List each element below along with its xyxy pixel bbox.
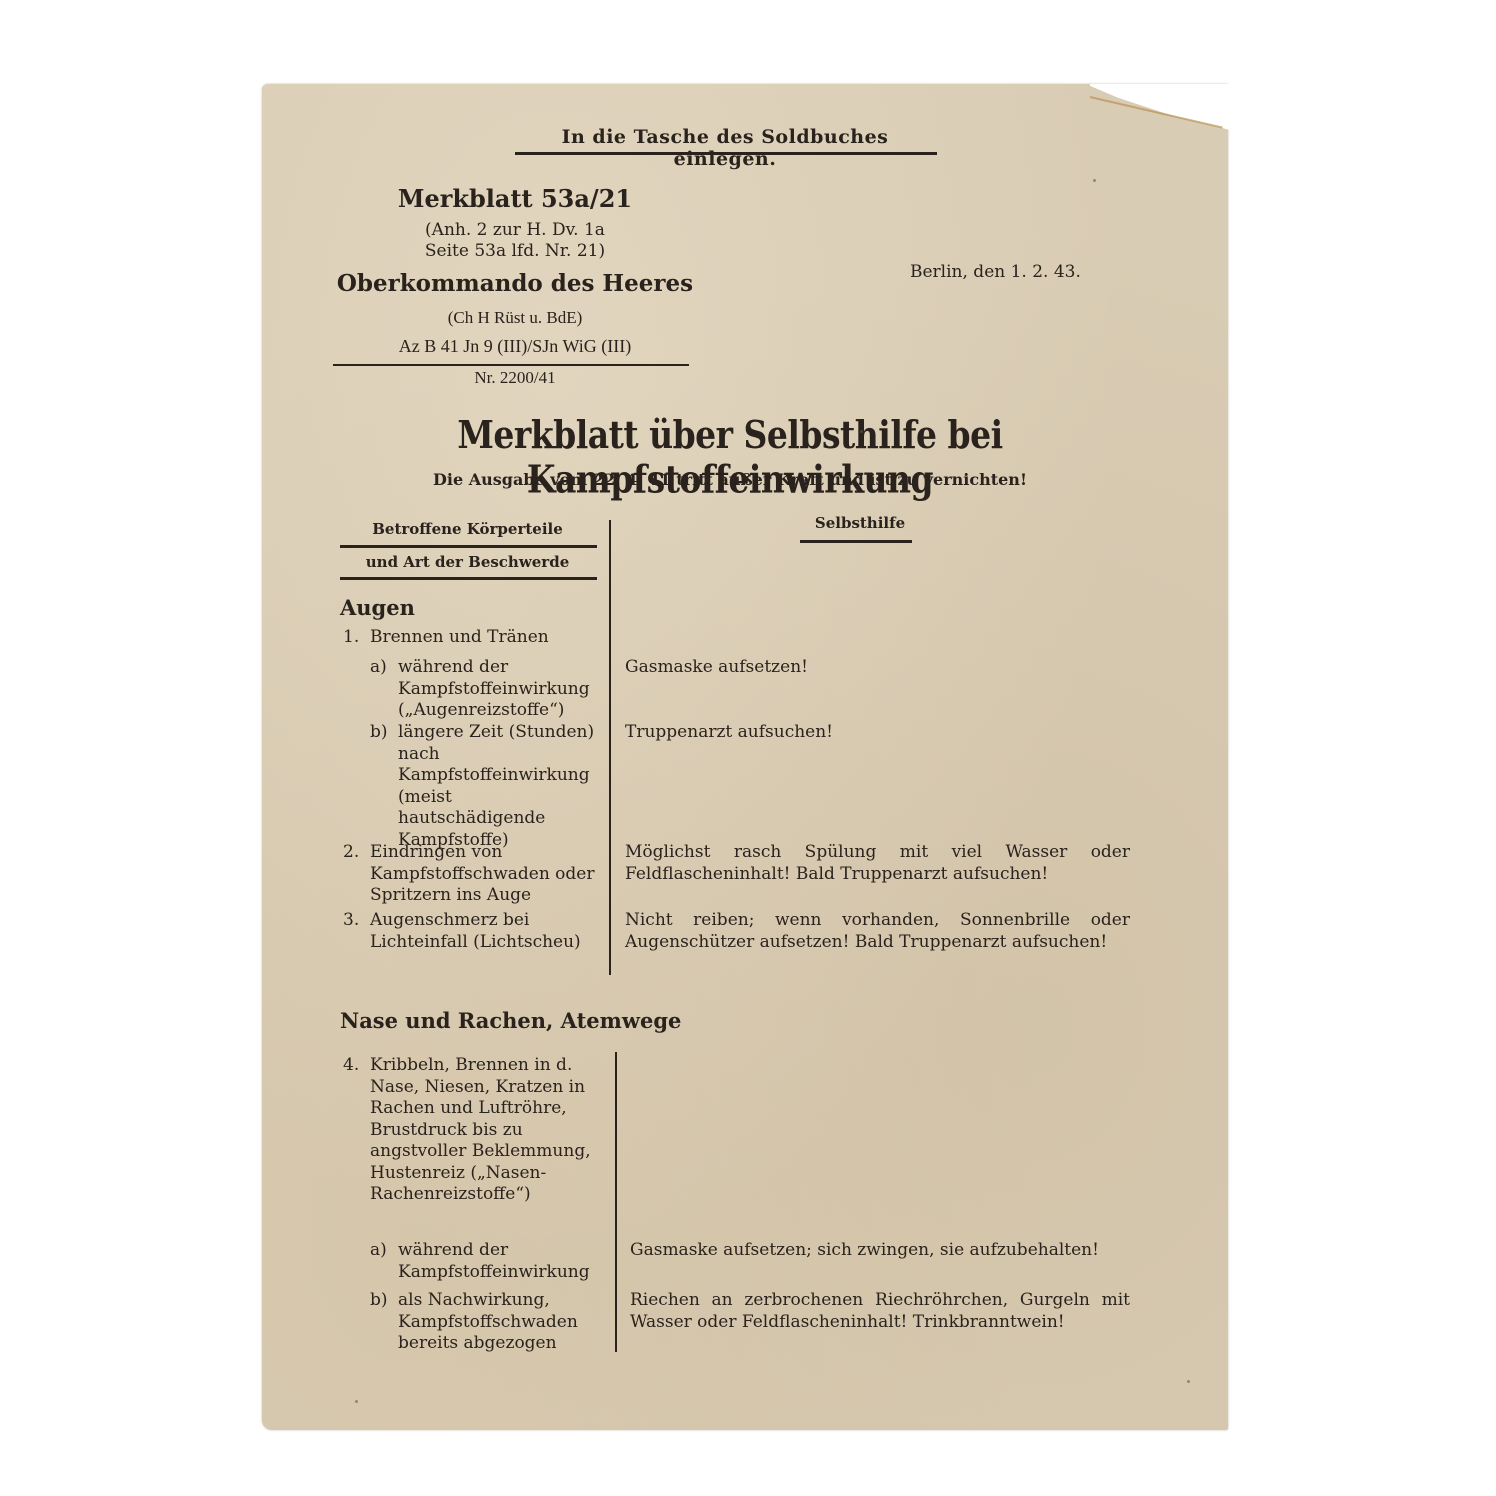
section-heading-nase: Nase und Rachen, Atemwege (340, 1008, 681, 1033)
list-item: b) als Nachwirkung, Kampfstoffschwaden b… (370, 1290, 610, 1355)
department: (Ch H Rüst u. BdE) (330, 308, 700, 328)
list-item: a) während der Kampfstoffeinwirkung (370, 1240, 610, 1283)
remedy-text: Riechen an zerbrochenen Riechröhrchen, G… (630, 1290, 1130, 1333)
subtitle: Die Ausgabe vom 22. 4. 41 tritt außer Kr… (330, 470, 1130, 489)
section-heading-augen: Augen (340, 595, 415, 620)
column-header-right: Selbsthilfe (790, 514, 930, 532)
column-header-left-2: und Art der Beschwerde (340, 553, 595, 571)
column-header-rule-2 (340, 577, 597, 580)
column-header-rule-1 (340, 545, 597, 548)
reference: (Anh. 2 zur H. Dv. 1a Seite 53a lfd. Nr.… (330, 220, 700, 262)
reference-line-2: Seite 53a lfd. Nr. 21) (330, 241, 700, 262)
column-divider-2 (615, 1052, 617, 1352)
remedy-text: Gasmaske aufsetzen! (625, 657, 1130, 679)
reference-line-1: (Anh. 2 zur H. Dv. 1a (330, 220, 700, 241)
remedy-text: Nicht reiben; wenn vorhanden, Sonnenbril… (625, 910, 1130, 953)
paper-speck (860, 430, 863, 433)
document-number: Nr. 2200/41 (330, 368, 700, 388)
file-reference-rule (333, 364, 689, 366)
file-reference: Az B 41 Jn 9 (III)/SJn WiG (III) (330, 336, 700, 357)
column-header-left-1: Betroffene Körperteile (340, 520, 595, 538)
merkblatt-number: Merkblatt 53a/21 (330, 184, 700, 213)
list-item: 4. Kribbeln, Brennen in d. Nase, Niesen,… (343, 1055, 609, 1206)
date-line: Berlin, den 1. 2. 43. (910, 262, 1081, 282)
remedy-text: Truppenarzt aufsuchen! (625, 722, 1130, 744)
list-item: a) während der Kampfstoffeinwirkung („Au… (370, 657, 602, 722)
list-item: 1. Brennen und Tränen (343, 627, 603, 649)
list-item: 2. Eindringen von Kampfstoffschwaden ode… (343, 842, 603, 907)
paper-speck (1187, 1380, 1190, 1383)
paper-speck (1093, 179, 1096, 182)
instruction-underline (515, 152, 937, 155)
list-item: b) längere Zeit (Stunden) nach Kampfstof… (370, 722, 602, 851)
list-item: 3. Augenschmerz bei Lichteinfall (Lichts… (343, 910, 603, 953)
authority: Oberkommando des Heeres (330, 270, 700, 297)
column-header-right-rule (800, 540, 912, 543)
remedy-text: Gasmaske aufsetzen; sich zwingen, sie au… (630, 1240, 1130, 1262)
instruction-line: In die Tasche des Soldbuches einlegen. (515, 126, 935, 170)
remedy-text: Möglichst rasch Spülung mit viel Wasser … (625, 842, 1130, 885)
column-divider-1 (609, 520, 611, 975)
paper-speck (355, 1400, 358, 1403)
